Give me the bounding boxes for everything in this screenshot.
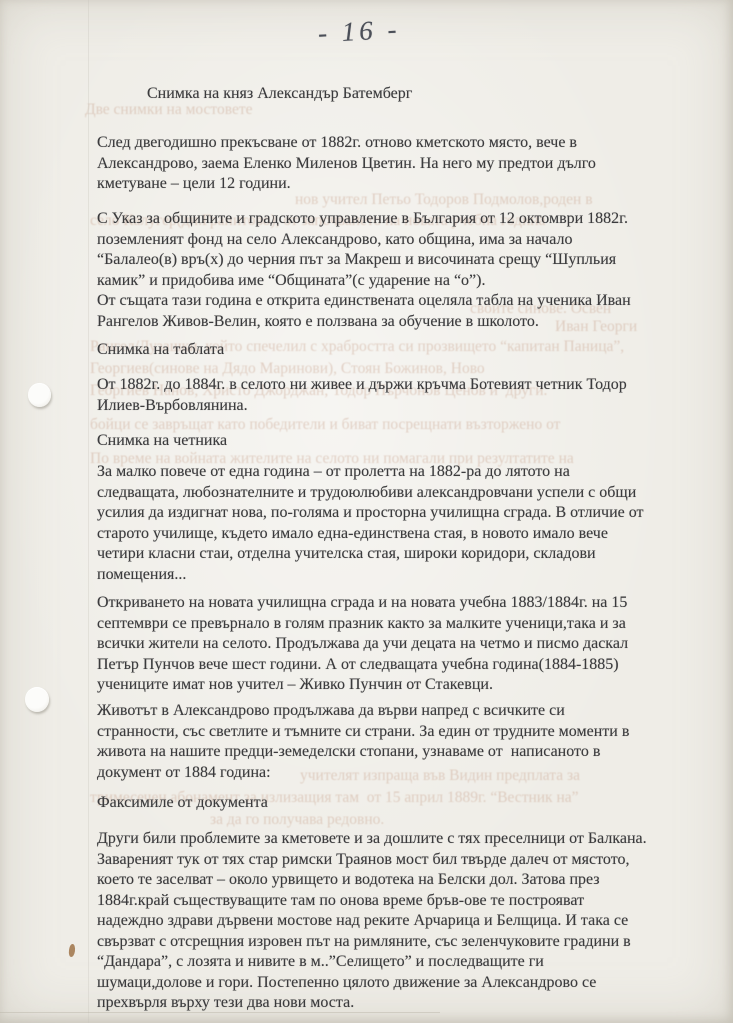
punch-hole	[28, 383, 51, 407]
paragraph: С Указ за общините и градското управлени…	[97, 209, 631, 332]
page-edge-line	[0, 1012, 440, 1013]
paragraph: От 1882г. до 1884г. в селото ни живее и …	[97, 375, 627, 416]
section-heading: Снимка на таблата	[97, 340, 224, 361]
paragraph: Откриването на новата училищна сграда и …	[97, 593, 628, 696]
punch-hole	[25, 687, 49, 712]
crease-line	[88, 0, 89, 1023]
section-heading: Факсимиле от документа	[97, 793, 268, 814]
paragraph: След двегодишно прекъсване от 1882г. отн…	[97, 133, 596, 195]
document-title: Снимка на княз Александър Батемберг	[147, 84, 412, 105]
paragraph: Други били проблемите за кметовете и за …	[97, 829, 647, 1014]
page-scan: { "colors":{"paper":"#efede7","ink":"#3b…	[0, 0, 733, 1023]
page-number: - 16 -	[317, 14, 401, 49]
paragraph: Животът в Александрово продължава да вър…	[97, 701, 629, 783]
section-heading: Снимка на четника	[97, 431, 227, 452]
paragraph: За малко повече от една година – от прол…	[97, 462, 644, 585]
